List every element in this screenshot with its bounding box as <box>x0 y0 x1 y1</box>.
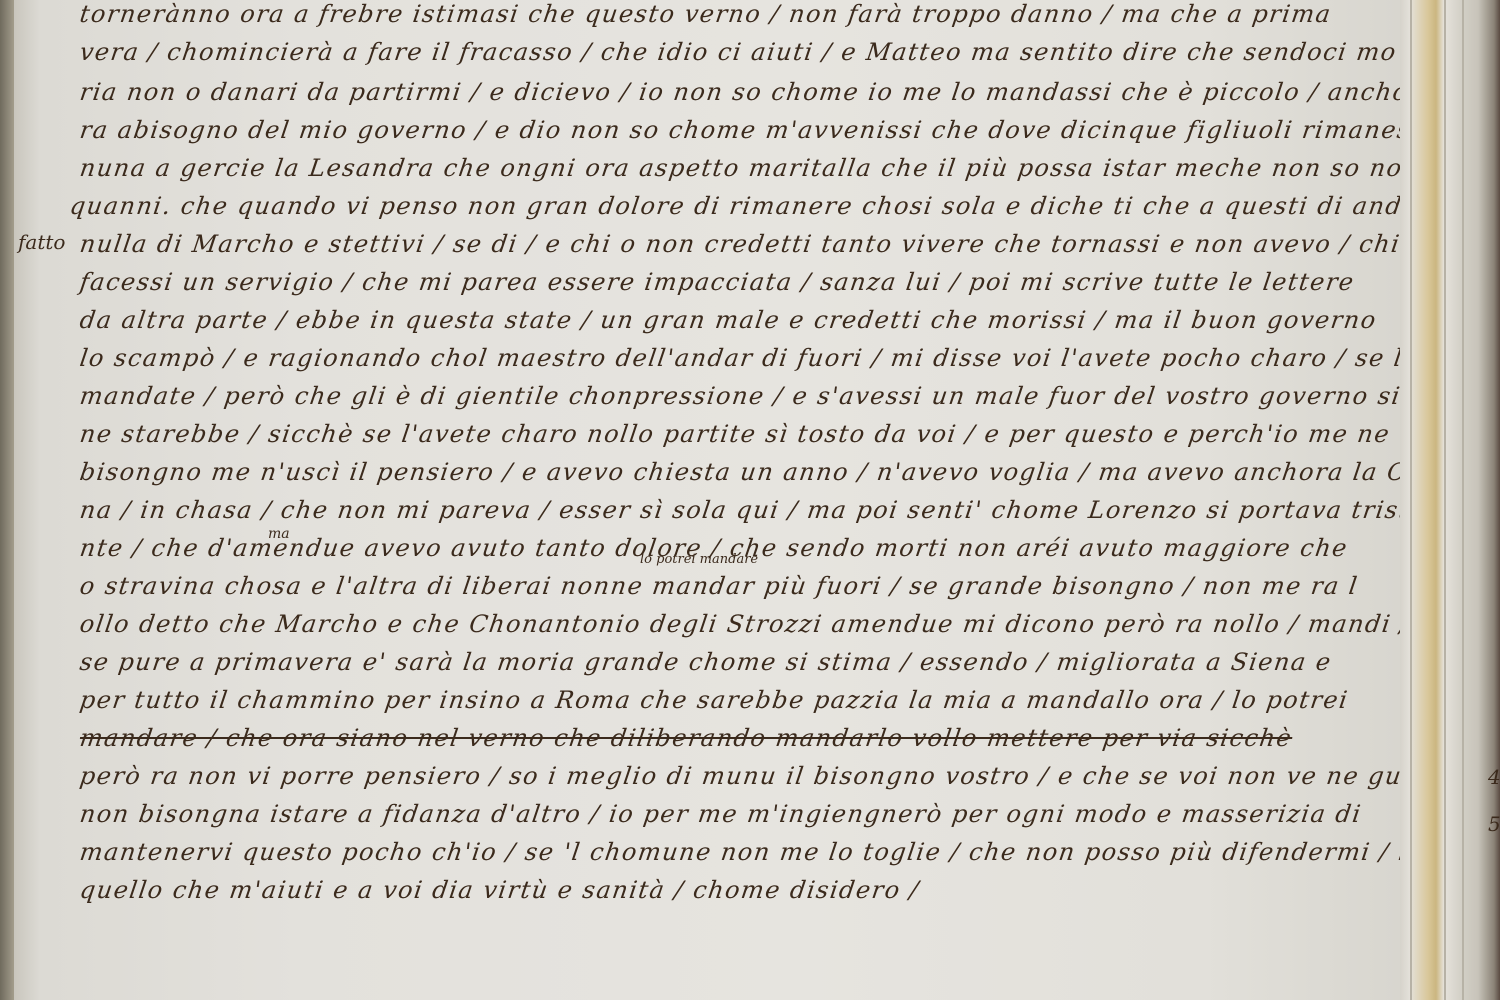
text-line: nulla di Marcho e stettivi / se di / e c… <box>78 230 1445 258</box>
text-line: nuna a gercie la Lesandra che ongni ora … <box>78 154 1405 182</box>
interlinear-insertion: lo potrei mandare <box>640 552 758 567</box>
text-line: ra abisogno del mio governo / e dio non … <box>78 116 1476 144</box>
text-line: facessi un servigio / che mi parea esser… <box>78 268 1357 296</box>
text-line: se pure a primavera e' sarà la moria gra… <box>78 648 1334 676</box>
text-line: lo scampò / e ragionando chol maestro de… <box>78 344 1430 372</box>
text-line: da altra parte / ebbe in questa state / … <box>78 306 1379 334</box>
text-line: quello che m'aiuti e a voi dia virtù e s… <box>78 876 921 904</box>
page-fold <box>1444 0 1446 1000</box>
text-line: o stravina chosa e l'altra di liberai no… <box>78 572 1360 600</box>
text-line: ollo detto che Marcho e che Chonantonio … <box>78 610 1461 638</box>
text-line: però ra non vi porre pensiero / so i meg… <box>78 762 1500 790</box>
text-line: mantenervi questo pocho ch'io / se 'l ch… <box>78 838 1500 866</box>
text-line: mandare / che ora siano nel verno che di… <box>78 724 1294 752</box>
page-stack-edge: 4 5 <box>1400 0 1500 1000</box>
text-line: ne starebbe / sicchè se l'avete charo no… <box>78 420 1465 448</box>
binding-edge <box>0 0 14 1000</box>
text-line: quanni. che quando vi penso non gran dol… <box>68 192 1420 220</box>
manuscript-page: tornerànno ora a frebre istimasi che que… <box>0 0 1440 1000</box>
page-fold <box>1410 0 1412 1000</box>
interlinear-insertion: ma <box>268 526 290 542</box>
text-line: tornerànno ora a frebre istimasi che que… <box>78 0 1334 28</box>
edge-number: 5 <box>1488 812 1500 836</box>
text-line: mandate / però che gli è di gientile cho… <box>78 382 1452 410</box>
page-fold <box>1462 0 1464 1000</box>
text-line: per tutto il chammino per insino a Roma … <box>78 686 1350 714</box>
text-line: ria non o danari da partirmi / e dicievo… <box>78 78 1411 106</box>
edge-number: 4 <box>1488 765 1500 789</box>
text-line: bisongno me n'uscì il pensiero / e avevo… <box>78 458 1500 486</box>
margin-note: fatto <box>18 230 65 254</box>
text-line: vera / chomincierà a fare il fracasso / … <box>78 38 1399 66</box>
text-line: na / in chasa / che non mi pareva / esse… <box>78 496 1468 524</box>
text-line: non bisongna istare a fidanza d'altro / … <box>78 800 1364 828</box>
